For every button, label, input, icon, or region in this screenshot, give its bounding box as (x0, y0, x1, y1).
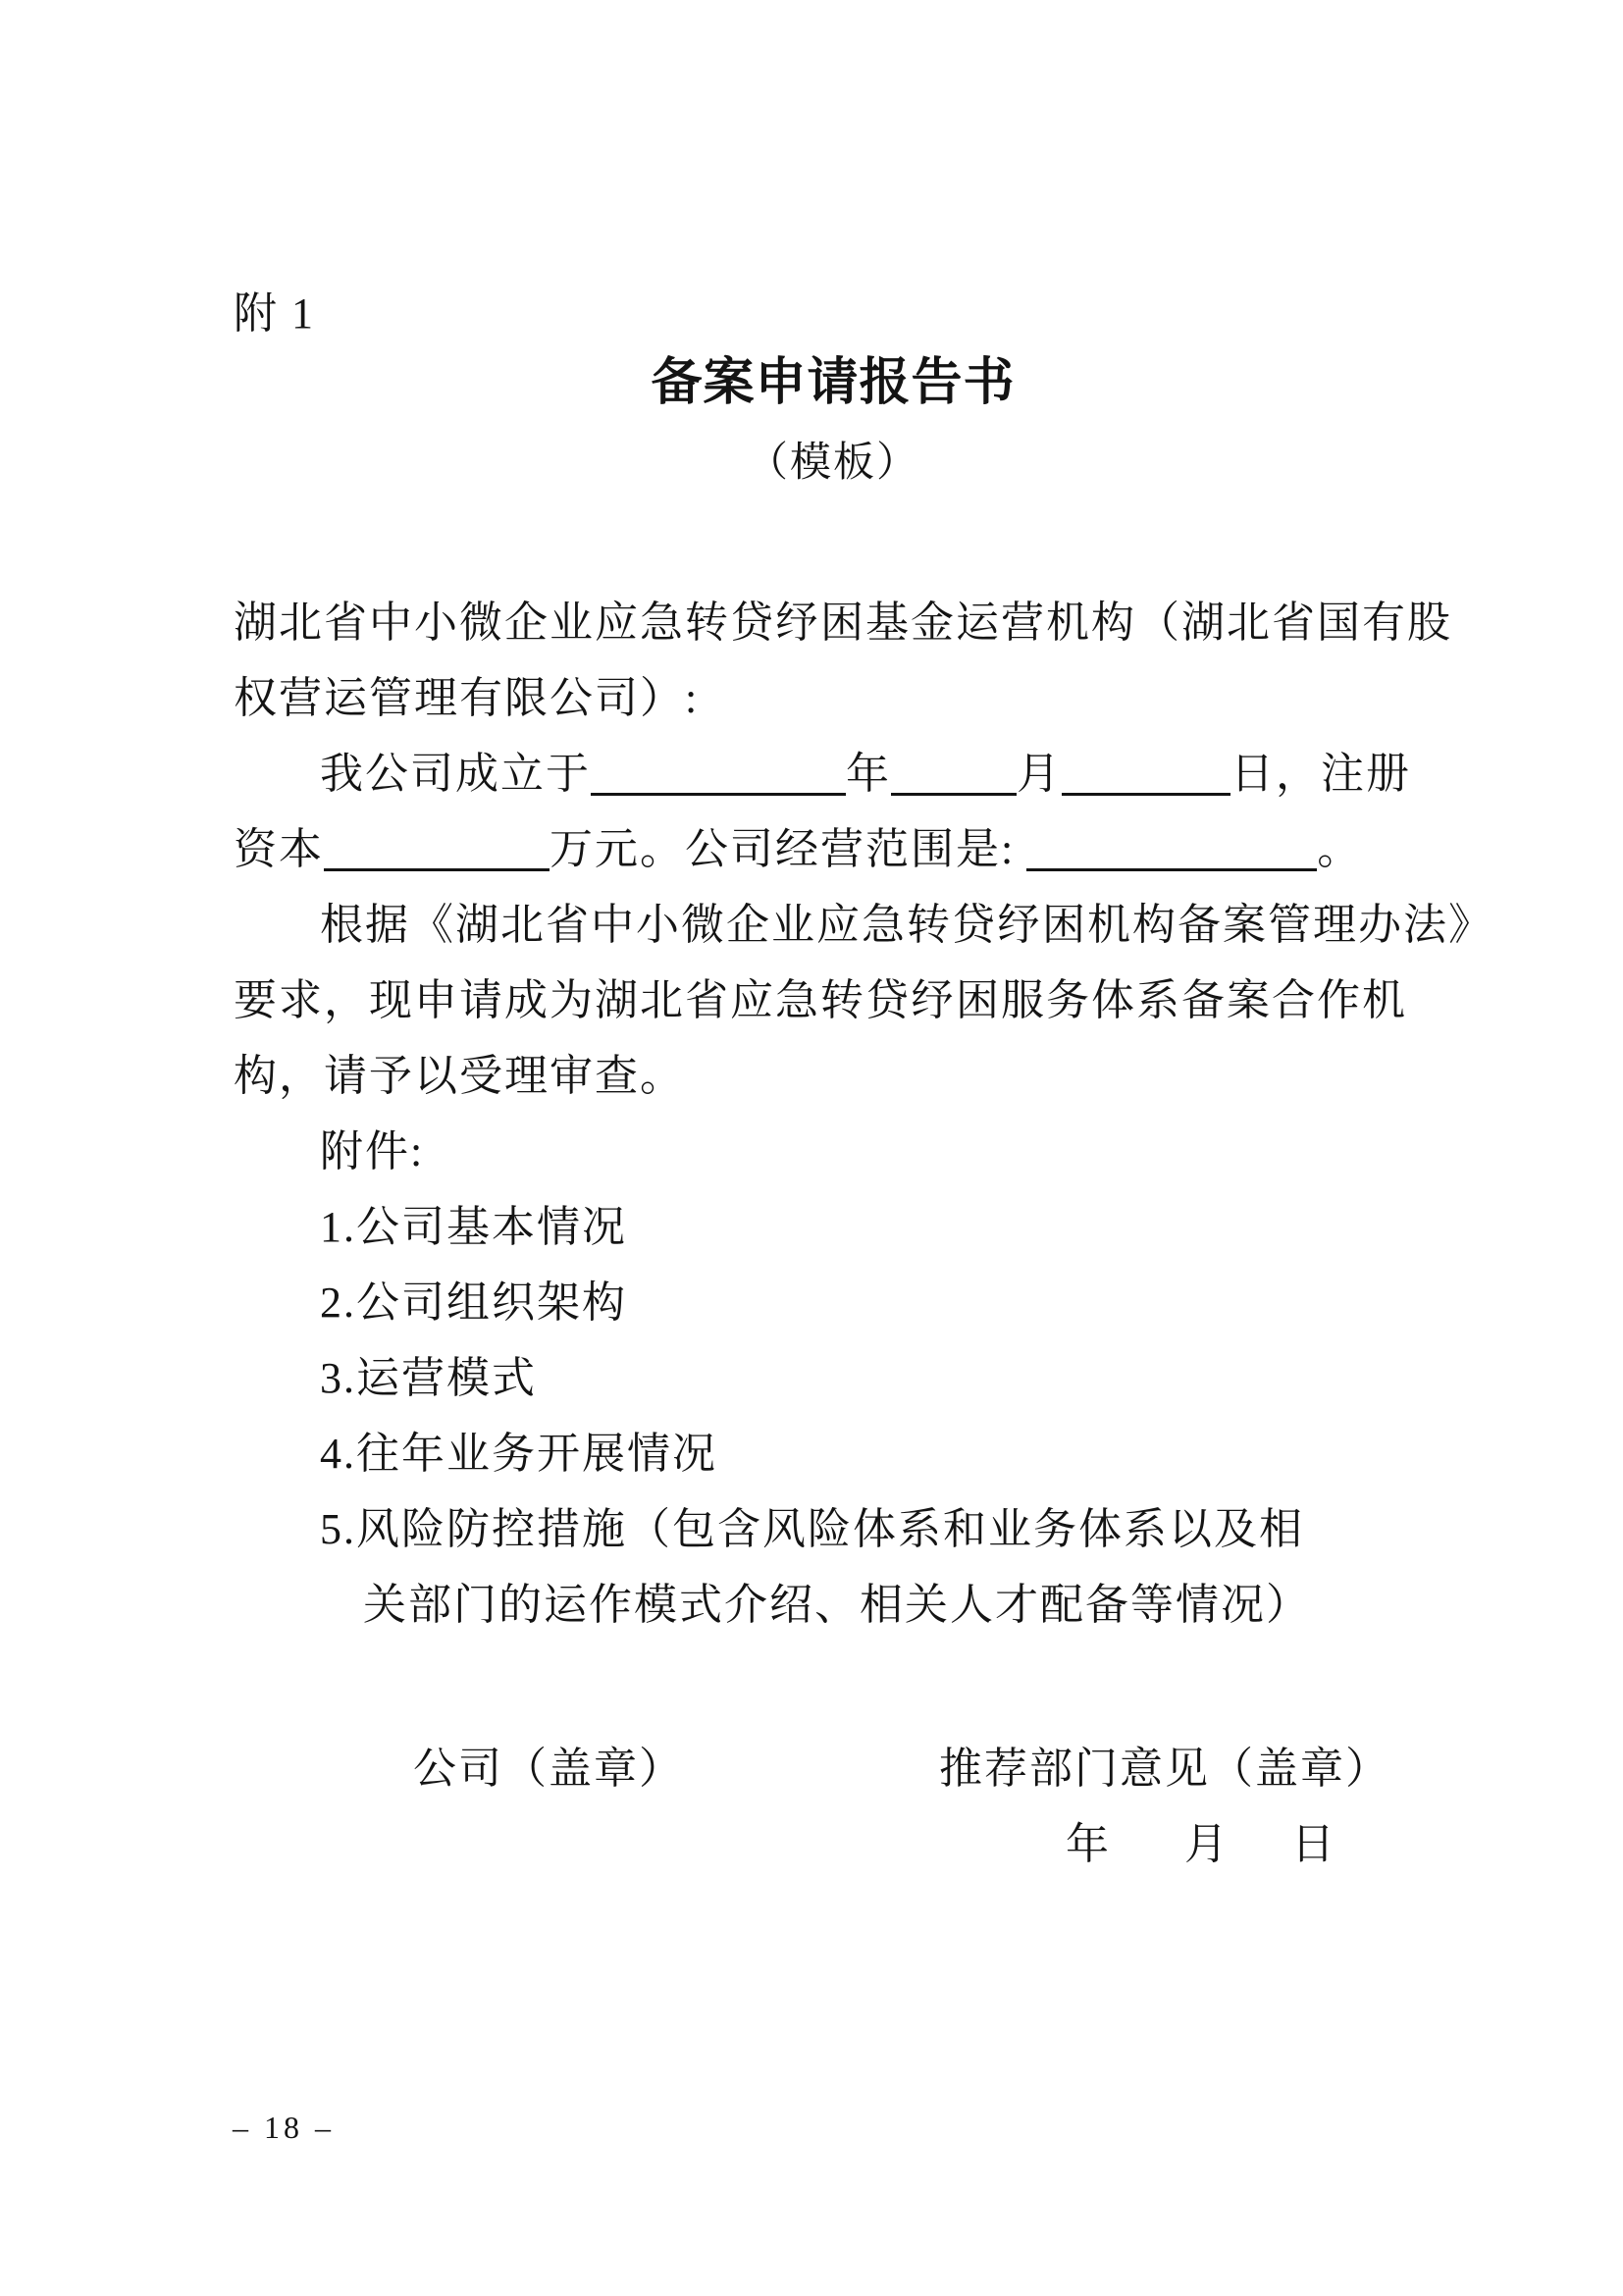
seal-row: 公司（盖章） 推荐部门意见（盖章） (234, 1731, 1462, 1806)
date-month-label: 月 (1184, 1806, 1230, 1882)
request-paragraph-line-1: 根据《湖北省中小微企业应急转贷纾困机构备案管理办法》 (234, 887, 1470, 963)
attachment-item-5-continuation: 关部门的运作模式介绍、相关人才配备等情况） (234, 1567, 1470, 1643)
addressee-line-2: 权营运管理有限公司）: (234, 660, 1470, 736)
request-paragraph-line-2: 要求，现申请成为湖北省应急转贷纾困服务体系备案合作机 (234, 963, 1470, 1038)
attachment-number-label: 附 1 (234, 288, 315, 339)
attachments-heading: 附件: (234, 1114, 1470, 1189)
signature-section: 公司（盖章） 推荐部门意见（盖章） 年 月 日 (234, 1731, 1462, 1882)
blank-business-scope-field (1026, 825, 1317, 871)
page-number: – 18 – (233, 2108, 335, 2147)
text-business-scope-label: 万元。公司经营范围是: (550, 825, 1015, 873)
attachment-item-2: 2.公司组织架构 (234, 1265, 1470, 1340)
date-year-label: 年 (1066, 1806, 1111, 1882)
text-day-registered: 日，注册 (1230, 750, 1411, 798)
document-subtitle: （模板） (234, 440, 1433, 487)
blank-capital-field (324, 825, 550, 871)
attachment-item-5: 5.风险防控措施（包含风险体系和业务体系以及相 (234, 1491, 1470, 1567)
text-established-on: 我公司成立于 (320, 750, 591, 798)
text-period: 。 (1317, 825, 1362, 873)
attachment-item-1: 1.公司基本情况 (234, 1189, 1470, 1265)
recommending-department-seal-label: 推荐部门意见（盖章） (939, 1731, 1390, 1806)
blank-month-field (891, 750, 1017, 796)
document-body: 湖北省中小微企业应急转贷纾困基金运营机构（湖北省国有股 权营运管理有限公司）: … (234, 585, 1470, 1643)
document-page: 附 1 备案申请报告书 （模板） 湖北省中小微企业应急转贷纾困基金运营机构（湖北… (0, 0, 1623, 2296)
form-line-capital: 资本万元。公司经营范围是:。 (234, 811, 1470, 887)
form-line-establishment: 我公司成立于年月日，注册 (234, 736, 1470, 811)
text-month-label: 月 (1017, 750, 1062, 798)
attachment-item-3: 3.运营模式 (234, 1340, 1470, 1416)
text-year-label: 年 (846, 750, 891, 798)
blank-day-field (1062, 750, 1230, 796)
date-day-label: 日 (1291, 1806, 1336, 1882)
document-title: 备案申请报告书 (234, 355, 1433, 412)
addressee-line-1: 湖北省中小微企业应急转贷纾困基金运营机构（湖北省国有股 (234, 585, 1470, 660)
text-capital-label: 资本 (234, 825, 324, 873)
blank-year-field (591, 750, 846, 796)
company-seal-label: 公司（盖章） (413, 1731, 684, 1806)
attachment-item-4: 4.往年业务开展情况 (234, 1416, 1470, 1491)
request-paragraph-line-3: 构，请予以受理审查。 (234, 1038, 1470, 1114)
date-row: 年 月 日 (234, 1806, 1462, 1882)
